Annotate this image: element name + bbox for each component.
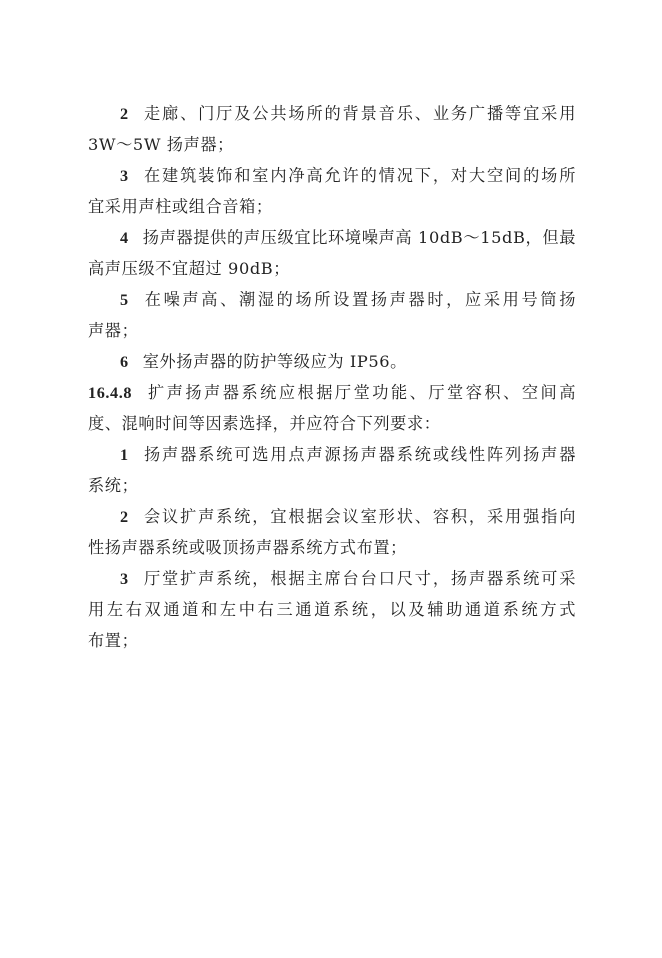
clause-16-4-8: 16.4.8扩声扬声器系统应根据厅堂功能、厅堂容积、空间高 [88, 383, 576, 403]
item-text: 宜采用声柱或组合音箱； [88, 197, 273, 216]
item-5: 5在噪声高、潮湿的场所设置扬声器时，应采用号筒扬 [120, 290, 576, 310]
item-text: 性扬声器系统或吸顶扬声器系统方式布置； [88, 538, 407, 557]
item-text: 室外扬声器的防护等级应为 IP56。 [143, 352, 407, 371]
item-text: 度、混响时间等因素选择，并应符合下列要求： [88, 414, 441, 433]
item-6: 6室外扬声器的防护等级应为 IP56。 [120, 352, 576, 372]
item-text: 扬声器提供的声压级宜比环境噪声高 10dB～15dB，但最 [143, 228, 576, 247]
item-number: 5 [120, 291, 129, 309]
item-number: 2 [120, 105, 129, 123]
clause-number: 16.4.8 [88, 384, 132, 402]
continuation: 3W～5W 扬声器； [88, 135, 576, 155]
item-text: 布置； [88, 631, 138, 650]
item-text: 声器； [88, 321, 138, 340]
item-text: 走廊、门厅及公共场所的背景音乐、业务广播等宜采用 [143, 104, 576, 123]
item-text: 厅堂扩声系统，根据主席台台口尺寸，扬声器系统可采 [143, 569, 576, 588]
item-text: 扬声器系统可选用点声源扬声器系统或线性阵列扬声器 [143, 445, 576, 464]
item-number: 4 [120, 229, 129, 247]
item-text: 会议扩声系统，宜根据会议室形状、容积，采用强指向 [143, 507, 576, 526]
item-number: 2 [120, 508, 129, 526]
continuation: 度、混响时间等因素选择，并应符合下列要求： [88, 414, 576, 434]
continuation: 系统； [88, 476, 576, 496]
item-2b: 2会议扩声系统，宜根据会议室形状、容积，采用强指向 [120, 507, 576, 527]
item-number: 6 [120, 353, 129, 371]
item-text: 3W～5W 扬声器； [88, 135, 234, 154]
continuation: 性扬声器系统或吸顶扬声器系统方式布置； [88, 538, 576, 558]
continuation: 用左右双通道和左中右三通道系统，以及辅助通道系统方式 [88, 600, 576, 620]
item-number: 3 [120, 570, 129, 588]
item-text: 在噪声高、潮湿的场所设置扬声器时，应采用号筒扬 [143, 290, 576, 309]
item-3: 3在建筑装饰和室内净高允许的情况下，对大空间的场所 [120, 166, 576, 186]
clause-text: 扩声扬声器系统应根据厅堂功能、厅堂容积、空间高 [146, 383, 576, 402]
item-text: 高声压级不宜超过 90dB； [88, 259, 290, 278]
item-number: 3 [120, 167, 129, 185]
item-2: 2走廊、门厅及公共场所的背景音乐、业务广播等宜采用 [120, 104, 576, 124]
continuation: 声器； [88, 321, 576, 341]
item-text: 在建筑装饰和室内净高允许的情况下，对大空间的场所 [143, 166, 576, 185]
item-3b: 3厅堂扩声系统，根据主席台台口尺寸，扬声器系统可采 [120, 569, 576, 589]
continuation: 高声压级不宜超过 90dB； [88, 259, 576, 279]
item-number: 1 [120, 446, 129, 464]
document-page: 2走廊、门厅及公共场所的背景音乐、业务广播等宜采用 3W～5W 扬声器； 3在建… [0, 0, 662, 958]
item-text: 系统； [88, 476, 138, 495]
continuation: 布置； [88, 631, 576, 651]
item-1: 1扬声器系统可选用点声源扬声器系统或线性阵列扬声器 [120, 445, 576, 465]
item-4: 4扬声器提供的声压级宜比环境噪声高 10dB～15dB，但最 [120, 228, 576, 248]
item-text: 用左右双通道和左中右三通道系统，以及辅助通道系统方式 [88, 600, 576, 619]
continuation: 宜采用声柱或组合音箱； [88, 197, 576, 217]
